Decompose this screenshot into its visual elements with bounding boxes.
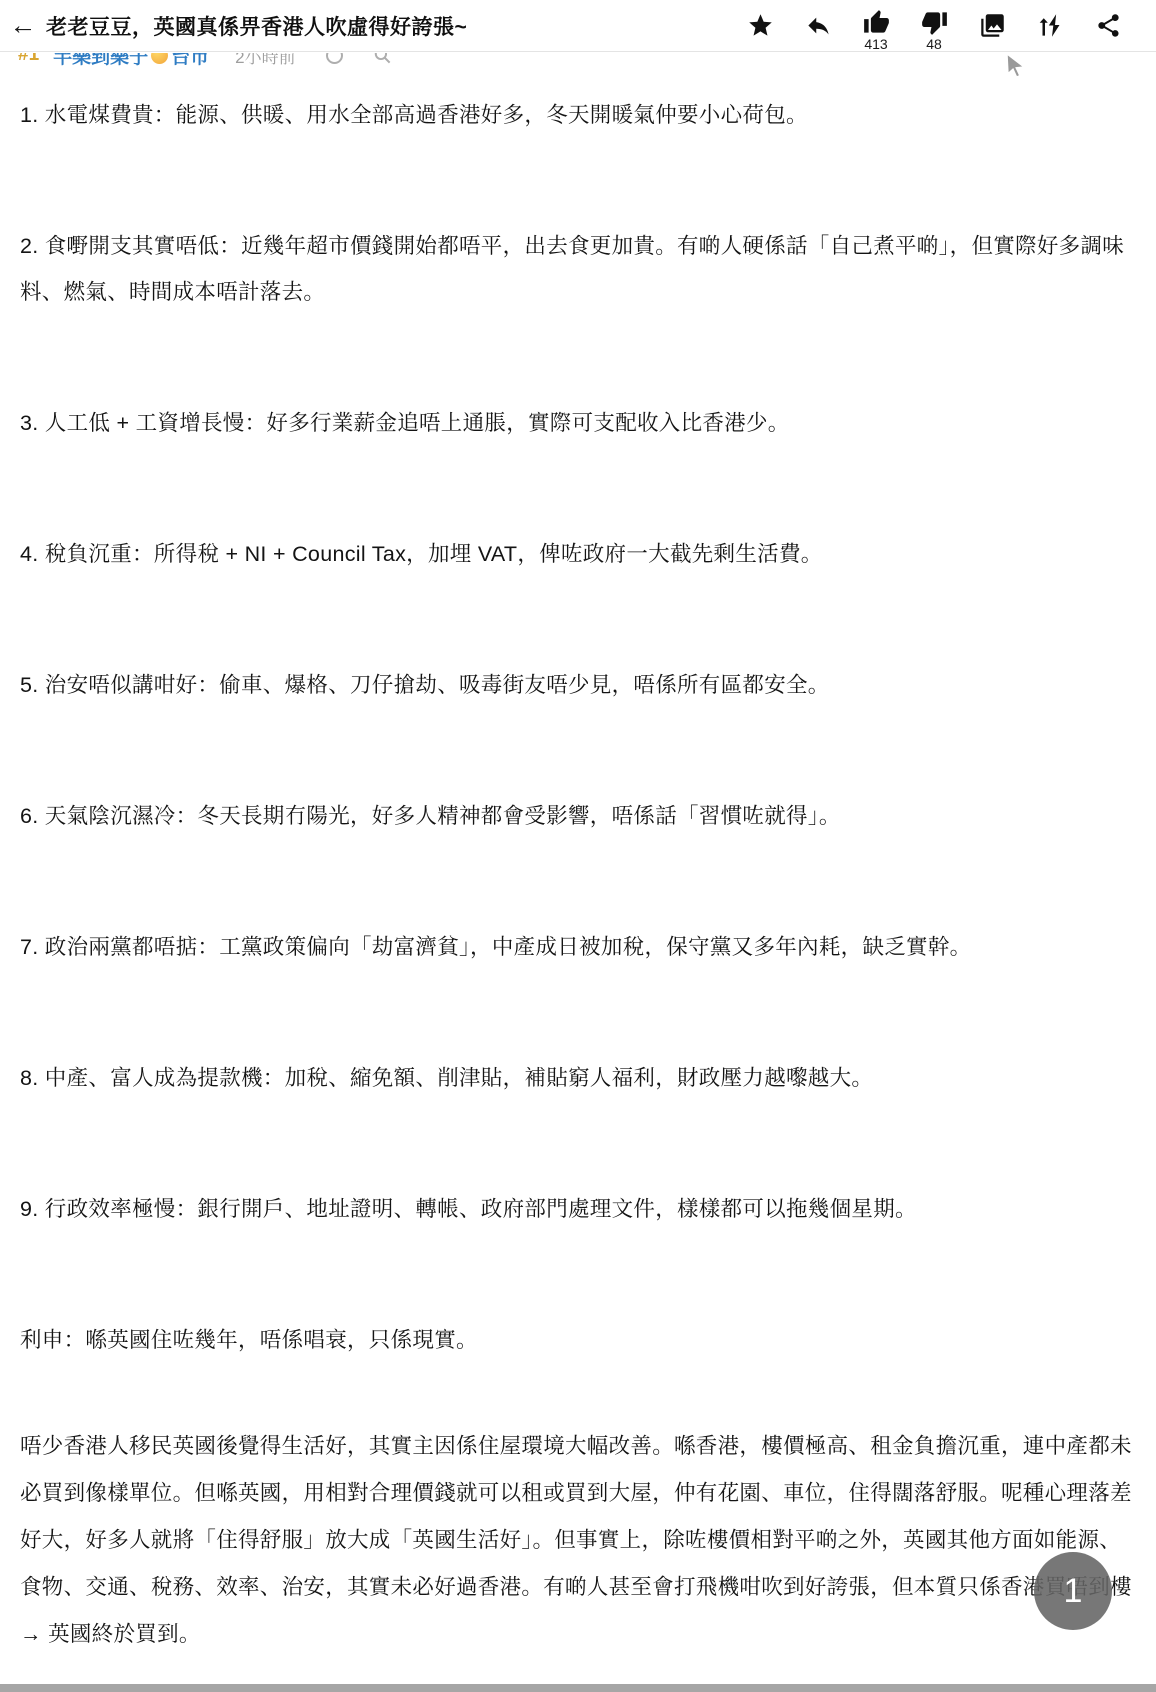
bottom-edge-bar	[0, 1684, 1156, 1692]
page-number-label: 1	[1064, 1572, 1083, 1611]
back-button[interactable]: ←	[0, 0, 46, 52]
app-bar-actions: 413 48	[738, 0, 1130, 52]
disclaimer-text: 利申：喺英國住咗幾年，唔係唱衰，只係現實。	[20, 1317, 1136, 1363]
reply-arrow-icon	[805, 12, 832, 39]
sort-hot-button[interactable]	[1028, 0, 1072, 39]
page-title: 老老豆豆，英國真係畀香港人吹虛得好誇張~	[46, 11, 467, 41]
star-icon	[747, 12, 774, 39]
page-number-button[interactable]: 1	[1034, 1552, 1112, 1630]
mouse-cursor	[1005, 53, 1029, 84]
share-button[interactable]	[1086, 0, 1130, 39]
username-link[interactable]: 半樂到樂子 台市	[53, 53, 209, 69]
downvote-button[interactable]: 48	[912, 0, 956, 52]
thumbs-up-icon	[863, 9, 890, 36]
clock-icon	[326, 53, 343, 64]
closing-paragraph: 唔少香港人移民英國後覺得生活好，其實主因係住屋環境大幅改善。喺香港，樓價極高、租…	[20, 1423, 1136, 1658]
post-item: 6. 天氣陰沉濕冷：冬天長期冇陽光，好多人精神都會受影響，唔係話「習慣咗就得」。	[20, 793, 1136, 839]
post-time: 2小時前	[235, 53, 295, 68]
app-bar: ← 老老豆豆，英國真係畀香港人吹虛得好誇張~ 413	[0, 0, 1156, 52]
post-item: 2. 食嘢開支其實唔低：近幾年超市價錢開始都唔平，出去食更加貴。有啲人硬係話「自…	[20, 223, 1136, 315]
search-icon	[373, 53, 392, 65]
search-button[interactable]	[373, 53, 392, 65]
share-icon	[1095, 12, 1122, 39]
status-button[interactable]	[326, 53, 343, 64]
emoji-icon	[151, 53, 168, 64]
upvote-count: 413	[864, 37, 887, 52]
post-header: #1 半樂到樂子 台市 2小時前	[0, 53, 1156, 79]
back-arrow-icon: ←	[10, 10, 37, 41]
post-item: 9. 行政效率極慢：銀行開戶、地址證明、轉帳、政府部門處理文件，樣樣都可以拖幾個…	[20, 1186, 1136, 1232]
post-item: 1. 水電煤費貴：能源、供暖、用水全部高過香港好多，冬天開暖氣仲要小心荷包。	[20, 92, 1136, 138]
post-item: 3. 人工低 + 工資增長慢：好多行業薪金追唔上通脹，實際可支配收入比香港少。	[20, 400, 1136, 446]
gallery-button[interactable]	[970, 0, 1014, 39]
thread-screen: ← 老老豆豆，英國真係畀香港人吹虛得好誇張~ 413	[0, 0, 1156, 1692]
image-gallery-icon	[979, 12, 1006, 39]
post-body: 1. 水電煤費貴：能源、供暖、用水全部高過香港好多，冬天開暖氣仲要小心荷包。 2…	[0, 80, 1156, 1658]
post-item: 4. 稅負沉重：所得稅 + NI + Council Tax，加埋 VAT，俾咗…	[20, 531, 1136, 577]
username-suffix: 台市	[171, 53, 209, 69]
bookmark-button[interactable]	[738, 0, 782, 39]
username-text: 半樂到樂子	[53, 53, 148, 69]
reply-button[interactable]	[796, 0, 840, 39]
downvote-count: 48	[926, 37, 942, 52]
post-item: 7. 政治兩黨都唔掂：工黨政策偏向「劫富濟貧」，中產成日被加稅，保守黨又多年內耗…	[20, 924, 1136, 970]
floor-number: #1	[18, 53, 39, 66]
lightning-sort-icon	[1037, 12, 1064, 39]
upvote-button[interactable]: 413	[854, 0, 898, 52]
thumbs-down-icon	[921, 9, 948, 36]
post-item: 8. 中產、富人成為提款機：加稅、縮免額、削津貼，補貼窮人福利，財政壓力越嚟越大…	[20, 1055, 1136, 1101]
post-item: 5. 治安唔似講咁好：偷車、爆格、刀仔搶劫、吸毒街友唔少見，唔係所有區都安全。	[20, 662, 1136, 708]
